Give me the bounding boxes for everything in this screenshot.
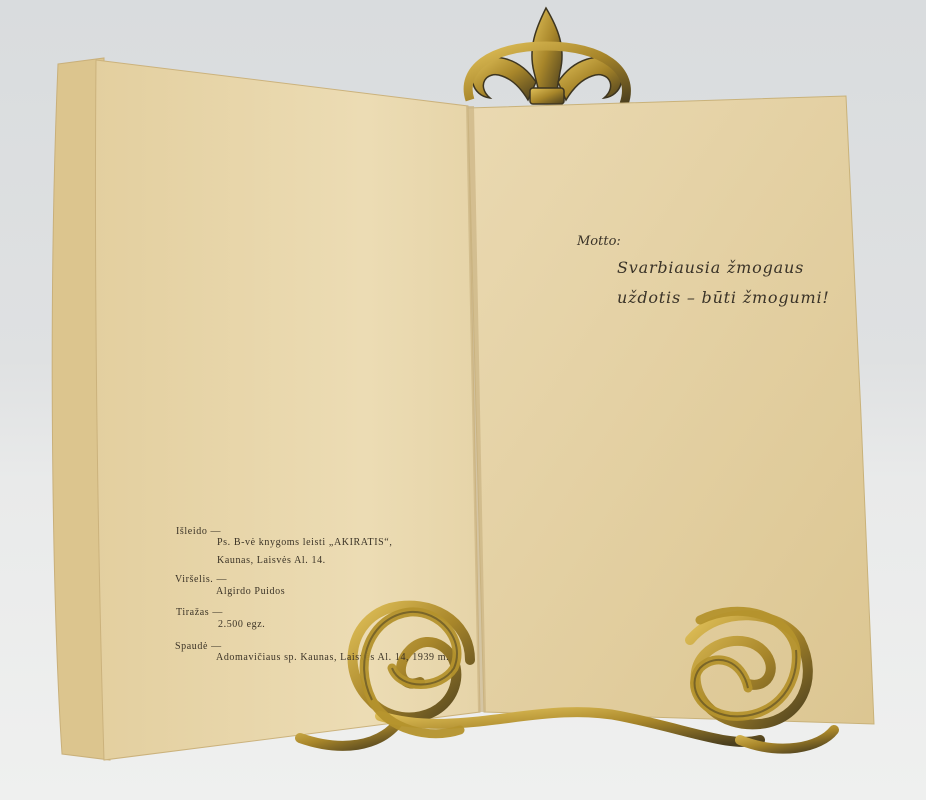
- colophon-cover-artist: Algirdo Puidos: [216, 586, 285, 597]
- motto-label: Motto:: [577, 234, 621, 249]
- motto-line-1: Svarbiausia žmogaus: [617, 258, 804, 277]
- fleur-de-lis-finial: [468, 8, 626, 104]
- colophon-publisher-line-2: Kaunas, Laisvės Al. 14.: [217, 555, 326, 566]
- colophon-printer: Adomavičiaus sp. Kaunas, Laisvės Al. 14,…: [216, 652, 449, 663]
- colophon-print-run: 2.500 egz.: [218, 619, 265, 630]
- colophon-label-publisher: Išleido —: [176, 526, 221, 537]
- colophon-label-printer: Spaudė —: [175, 641, 222, 652]
- colophon-label-cover: Viršelis. —: [175, 574, 227, 585]
- scene-graphics: [0, 0, 926, 800]
- colophon-publisher-line-1: Ps. B-vė knygoms leisti „AKIRATIS“,: [217, 537, 392, 548]
- colophon-label-print-run: Tiražas —: [176, 607, 223, 618]
- motto-line-2: uždotis – būti žmogumi!: [617, 288, 830, 307]
